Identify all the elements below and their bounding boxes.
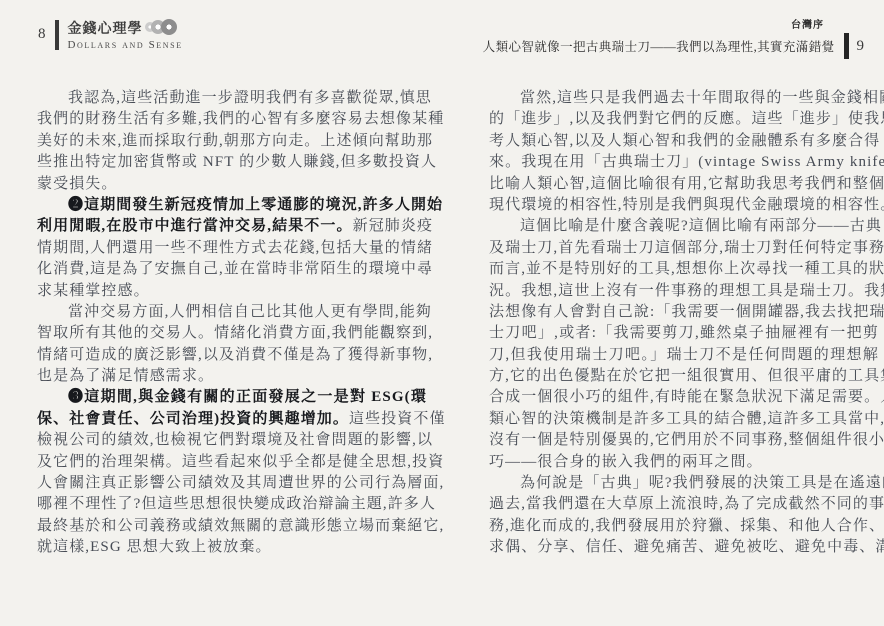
body-text: 我們的財務生活有多難,我們的心智有多麼容易去想像某種 — [37, 111, 444, 127]
text-line: 考人類心智,以及人類心智和我們的金融體系有多麼合得 — [489, 131, 879, 152]
body-text: 及瑞士刀,首先看瑞士刀這個部分,瑞士刀對任何特定事務 — [489, 240, 884, 256]
text-line: 現代環境的相容性,特別是我們與現代金融環境的相容性。 — [489, 195, 879, 216]
body-text: 考人類心智,以及人類心智和我們的金融體系有多麼合得 — [489, 133, 880, 149]
right-page-number: 9 — [857, 38, 865, 55]
text-line: 保、社會責任、公司治理)投資的興趣增加。這些投資不僅 — [37, 409, 427, 430]
body-text: 情期間,人們還用一些不理性方式去花錢,包括大量的情緒 — [37, 240, 433, 256]
coin-icon — [161, 19, 177, 35]
text-line: 人會關注真正影響公司績效及其周遭世界的公司行為層面, — [37, 473, 427, 494]
text-line: 蒙受損失。 — [37, 174, 427, 195]
body-text: 沒有一個是特別優異的,它們用於不同事務,整個組件很小 — [489, 432, 884, 448]
body-text: 人會關注真正影響公司績效及其周遭世界的公司行為層面, — [37, 475, 444, 491]
text-line: 也是為了滿足情感需求。 — [37, 366, 427, 387]
text-line: 些推出特定加密貨幣或 NFT 的少數人賺錢,但多數投資人 — [37, 152, 427, 173]
body-text: 法想像有人會對自己說:「我需要一個開罐器,我去找把瑞 — [489, 304, 884, 320]
right-page-header: 台灣序 人類心智就像一把古典瑞士刀——我們以為理性,其實充滿錯覺 9 — [483, 16, 864, 59]
text-line: 情緒可造成的廣泛影響,以及消費不僅是為了獲得新事物, — [37, 345, 427, 366]
left-page-number: 8 — [38, 26, 46, 43]
left-page-header: 8 金錢心理學 Dollars and Sense — [38, 18, 183, 51]
chapter-title: 人類心智就像一把古典瑞士刀——我們以為理性,其實充滿錯覺 — [483, 37, 835, 55]
text-line: 求偶、分享、信任、避免痛苦、避免被吃、避免中毒、溝通 — [489, 537, 879, 558]
text-line: 巧——很合身的嵌入我們的兩耳之間。 — [489, 452, 879, 473]
text-line: 及瑞士刀,首先看瑞士刀這個部分,瑞士刀對任何特定事務 — [489, 238, 879, 259]
right-page-text-column: 當然,這些只是我們過去十年間取得的一些與金錢相關的「進步」,以及我們對它們的反應… — [489, 88, 879, 559]
text-line: 利用閒暇,在股市中進行當沖交易,結果不一。新冠肺炎疫 — [37, 216, 427, 237]
body-text: 的「進步」,以及我們對它們的反應。這些「進步」使我思 — [489, 111, 884, 127]
text-line: 而言,並不是特別好的工具,想想你上次尋找一種工具的狀 — [489, 259, 879, 280]
body-text: 哪裡不理性了?但這些思想很快變成政治辯論主題,許多人 — [37, 496, 436, 512]
text-line: 最終基於和公司義務或績效無關的意識形態立場而棄絕它, — [37, 516, 427, 537]
body-text: 求某種掌控感。 — [37, 283, 150, 299]
body-text: 過去,當我們還在大草原上流浪時,為了完成截然不同的事 — [489, 496, 884, 512]
text-line: 智取所有其他的交易人。情緒化消費方面,我們能觀察到, — [37, 323, 427, 344]
body-text: 就這樣,ESG 思想大致上被放棄。 — [37, 539, 272, 555]
body-text: 方,它的出色優點在於它把一組很實用、但很平庸的工具集 — [489, 368, 884, 384]
body-text: 求偶、分享、信任、避免痛苦、避免被吃、避免中毒、溝通 — [489, 539, 884, 555]
text-line: 這個比喻是什麼含義呢?這個比喻有兩部分——古典以 — [489, 216, 879, 237]
book-title: 金錢心理學 — [68, 18, 143, 38]
text-line: 類心智的決策機制是許多工具的結合體,這許多工具當中, — [489, 409, 879, 430]
text-line: 當沖交易方面,人們相信自己比其他人更有學問,能夠 — [37, 302, 427, 323]
text-line: 哪裡不理性了?但這些思想很快變成政治辯論主題,許多人 — [37, 494, 427, 515]
body-text: 檢視公司的績效,也檢視它們對環境及社會問題的影響,以 — [37, 432, 433, 448]
body-text: 類心智的決策機制是許多工具的結合體,這許多工具當中, — [489, 411, 884, 427]
text-line: 我認為,這些活動進一步證明我們有多喜歡從眾,慎思 — [37, 88, 427, 109]
text-line: 我們的財務生活有多難,我們的心智有多麼容易去想像某種 — [37, 109, 427, 130]
text-line: 況。我想,這世上沒有一件事務的理想工具是瑞士刀。我無 — [489, 281, 879, 302]
body-text: 現代環境的相容性,特別是我們與現代金融環境的相容性。 — [489, 197, 884, 213]
text-line: 務,進化而成的,我們發展用於狩獵、採集、和他人合作、 — [489, 516, 879, 537]
body-text: 我認為,這些活動進一步證明我們有多喜歡從眾,慎思 — [68, 90, 432, 106]
body-text: 最終基於和公司義務或績效無關的意識形態立場而棄絕它, — [37, 518, 444, 534]
text-line: 法想像有人會對自己說:「我需要一個開罐器,我去找把瑞 — [489, 302, 879, 323]
text-line: 合成一個很小巧的組件,有時能在緊急狀況下滿足需要。人 — [489, 387, 879, 408]
bold-text: ❸這期間,與金錢有關的正面發展之一是對 ESG(環 — [68, 389, 427, 405]
section-label: 台灣序 — [483, 16, 824, 31]
text-line: 比喻人類心智,這個比喻很有用,它幫助我思考我們和整個 — [489, 174, 879, 195]
bold-text: 保、社會責任、公司治理)投資的興趣增加。 — [37, 411, 349, 427]
body-text: 合成一個很小巧的組件,有時能在緊急狀況下滿足需要。人 — [489, 389, 884, 405]
body-text: 務,進化而成的,我們發展用於狩獵、採集、和他人合作、 — [489, 518, 884, 534]
text-line: 方,它的出色優點在於它把一組很實用、但很平庸的工具集 — [489, 366, 879, 387]
body-text: 些推出特定加密貨幣或 NFT 的少數人賺錢,但多數投資人 — [37, 154, 437, 170]
bold-text: ❷這期間發生新冠疫情加上零通膨的境況,許多人開始 — [68, 197, 443, 213]
body-text: 而言,並不是特別好的工具,想想你上次尋找一種工具的狀 — [489, 261, 884, 277]
body-text: 比喻人類心智,這個比喻很有用,它幫助我思考我們和整個 — [489, 176, 884, 192]
body-text: 新冠肺炎疫 — [353, 218, 434, 234]
text-line: ❸這期間,與金錢有關的正面發展之一是對 ESG(環 — [37, 387, 427, 408]
body-text: 來。我現在用「古典瑞士刀」(vintage Swiss Army knife)來 — [489, 154, 884, 170]
text-line: 化消費,這是為了安撫自己,並在當時非常陌生的環境中尋 — [37, 259, 427, 280]
text-line: 士刀吧」,或者:「我需要剪刀,雖然桌子抽屜裡有一把剪 — [489, 323, 879, 344]
left-page-text-column: 我認為,這些活動進一步證明我們有多喜歡從眾,慎思我們的財務生活有多難,我們的心智… — [37, 88, 427, 559]
body-text: 當然,這些只是我們過去十年間取得的一些與金錢相關 — [520, 90, 884, 106]
body-text: 刀,但我使用瑞士刀吧。」瑞士刀不是任何問題的理想解 — [489, 347, 879, 363]
text-line: 來。我現在用「古典瑞士刀」(vintage Swiss Army knife)來 — [489, 152, 879, 173]
body-text: 也是為了滿足情感需求。 — [37, 368, 214, 384]
text-line: 及它們的治理架構。這些看起來似乎全都是健全思想,投資 — [37, 452, 427, 473]
header-divider-bar — [844, 33, 849, 59]
body-text: 當沖交易方面,人們相信自己比其他人更有學問,能夠 — [68, 304, 432, 320]
text-line: 美好的未來,進而採取行動,朝那方向走。上述傾向幫助那 — [37, 131, 427, 152]
body-text: 情緒可造成的廣泛影響,以及消費不僅是為了獲得新事物, — [37, 347, 433, 363]
text-line: 情期間,人們還用一些不理性方式去花錢,包括大量的情緒 — [37, 238, 427, 259]
body-text: 及它們的治理架構。這些看起來似乎全都是健全思想,投資 — [37, 454, 444, 470]
body-text: 蒙受損失。 — [37, 176, 118, 192]
text-line: 的「進步」,以及我們對它們的反應。這些「進步」使我思 — [489, 109, 879, 130]
coins-logo-icon — [145, 19, 177, 35]
body-text: 這個比喻是什麼含義呢?這個比喻有兩部分——古典以 — [520, 218, 884, 234]
text-line: 過去,當我們還在大草原上流浪時,為了完成截然不同的事 — [489, 494, 879, 515]
body-text: 這些投資不僅 — [349, 411, 446, 427]
body-text: 巧——很合身的嵌入我們的兩耳之間。 — [489, 454, 763, 470]
text-line: 沒有一個是特別優異的,它們用於不同事務,整個組件很小 — [489, 430, 879, 451]
text-line: 就這樣,ESG 思想大致上被放棄。 — [37, 537, 427, 558]
body-text: 化消費,這是為了安撫自己,並在當時非常陌生的環境中尋 — [37, 261, 433, 277]
text-line: 檢視公司的績效,也檢視它們對環境及社會問題的影響,以 — [37, 430, 427, 451]
book-subtitle: Dollars and Sense — [68, 39, 183, 51]
text-line: 刀,但我使用瑞士刀吧。」瑞士刀不是任何問題的理想解 — [489, 345, 879, 366]
body-text: 美好的未來,進而採取行動,朝那方向走。上述傾向幫助那 — [37, 133, 433, 149]
body-text: 士刀吧」,或者:「我需要剪刀,雖然桌子抽屜裡有一把剪 — [489, 325, 879, 341]
text-line: ❷這期間發生新冠疫情加上零通膨的境況,許多人開始 — [37, 195, 427, 216]
text-line: 求某種掌控感。 — [37, 281, 427, 302]
body-text: 為何說是「古典」呢?我們發展的決策工具是在遙遠的 — [520, 475, 884, 491]
header-divider-bar — [55, 20, 59, 50]
text-line: 當然,這些只是我們過去十年間取得的一些與金錢相關 — [489, 88, 879, 109]
body-text: 智取所有其他的交易人。情緒化消費方面,我們能觀察到, — [37, 325, 433, 341]
body-text: 況。我想,這世上沒有一件事務的理想工具是瑞士刀。我無 — [489, 283, 884, 299]
book-logo: 金錢心理學 Dollars and Sense — [68, 18, 183, 51]
text-line: 為何說是「古典」呢?我們發展的決策工具是在遙遠的 — [489, 473, 879, 494]
bold-text: 利用閒暇,在股市中進行當沖交易,結果不一。 — [37, 218, 353, 234]
